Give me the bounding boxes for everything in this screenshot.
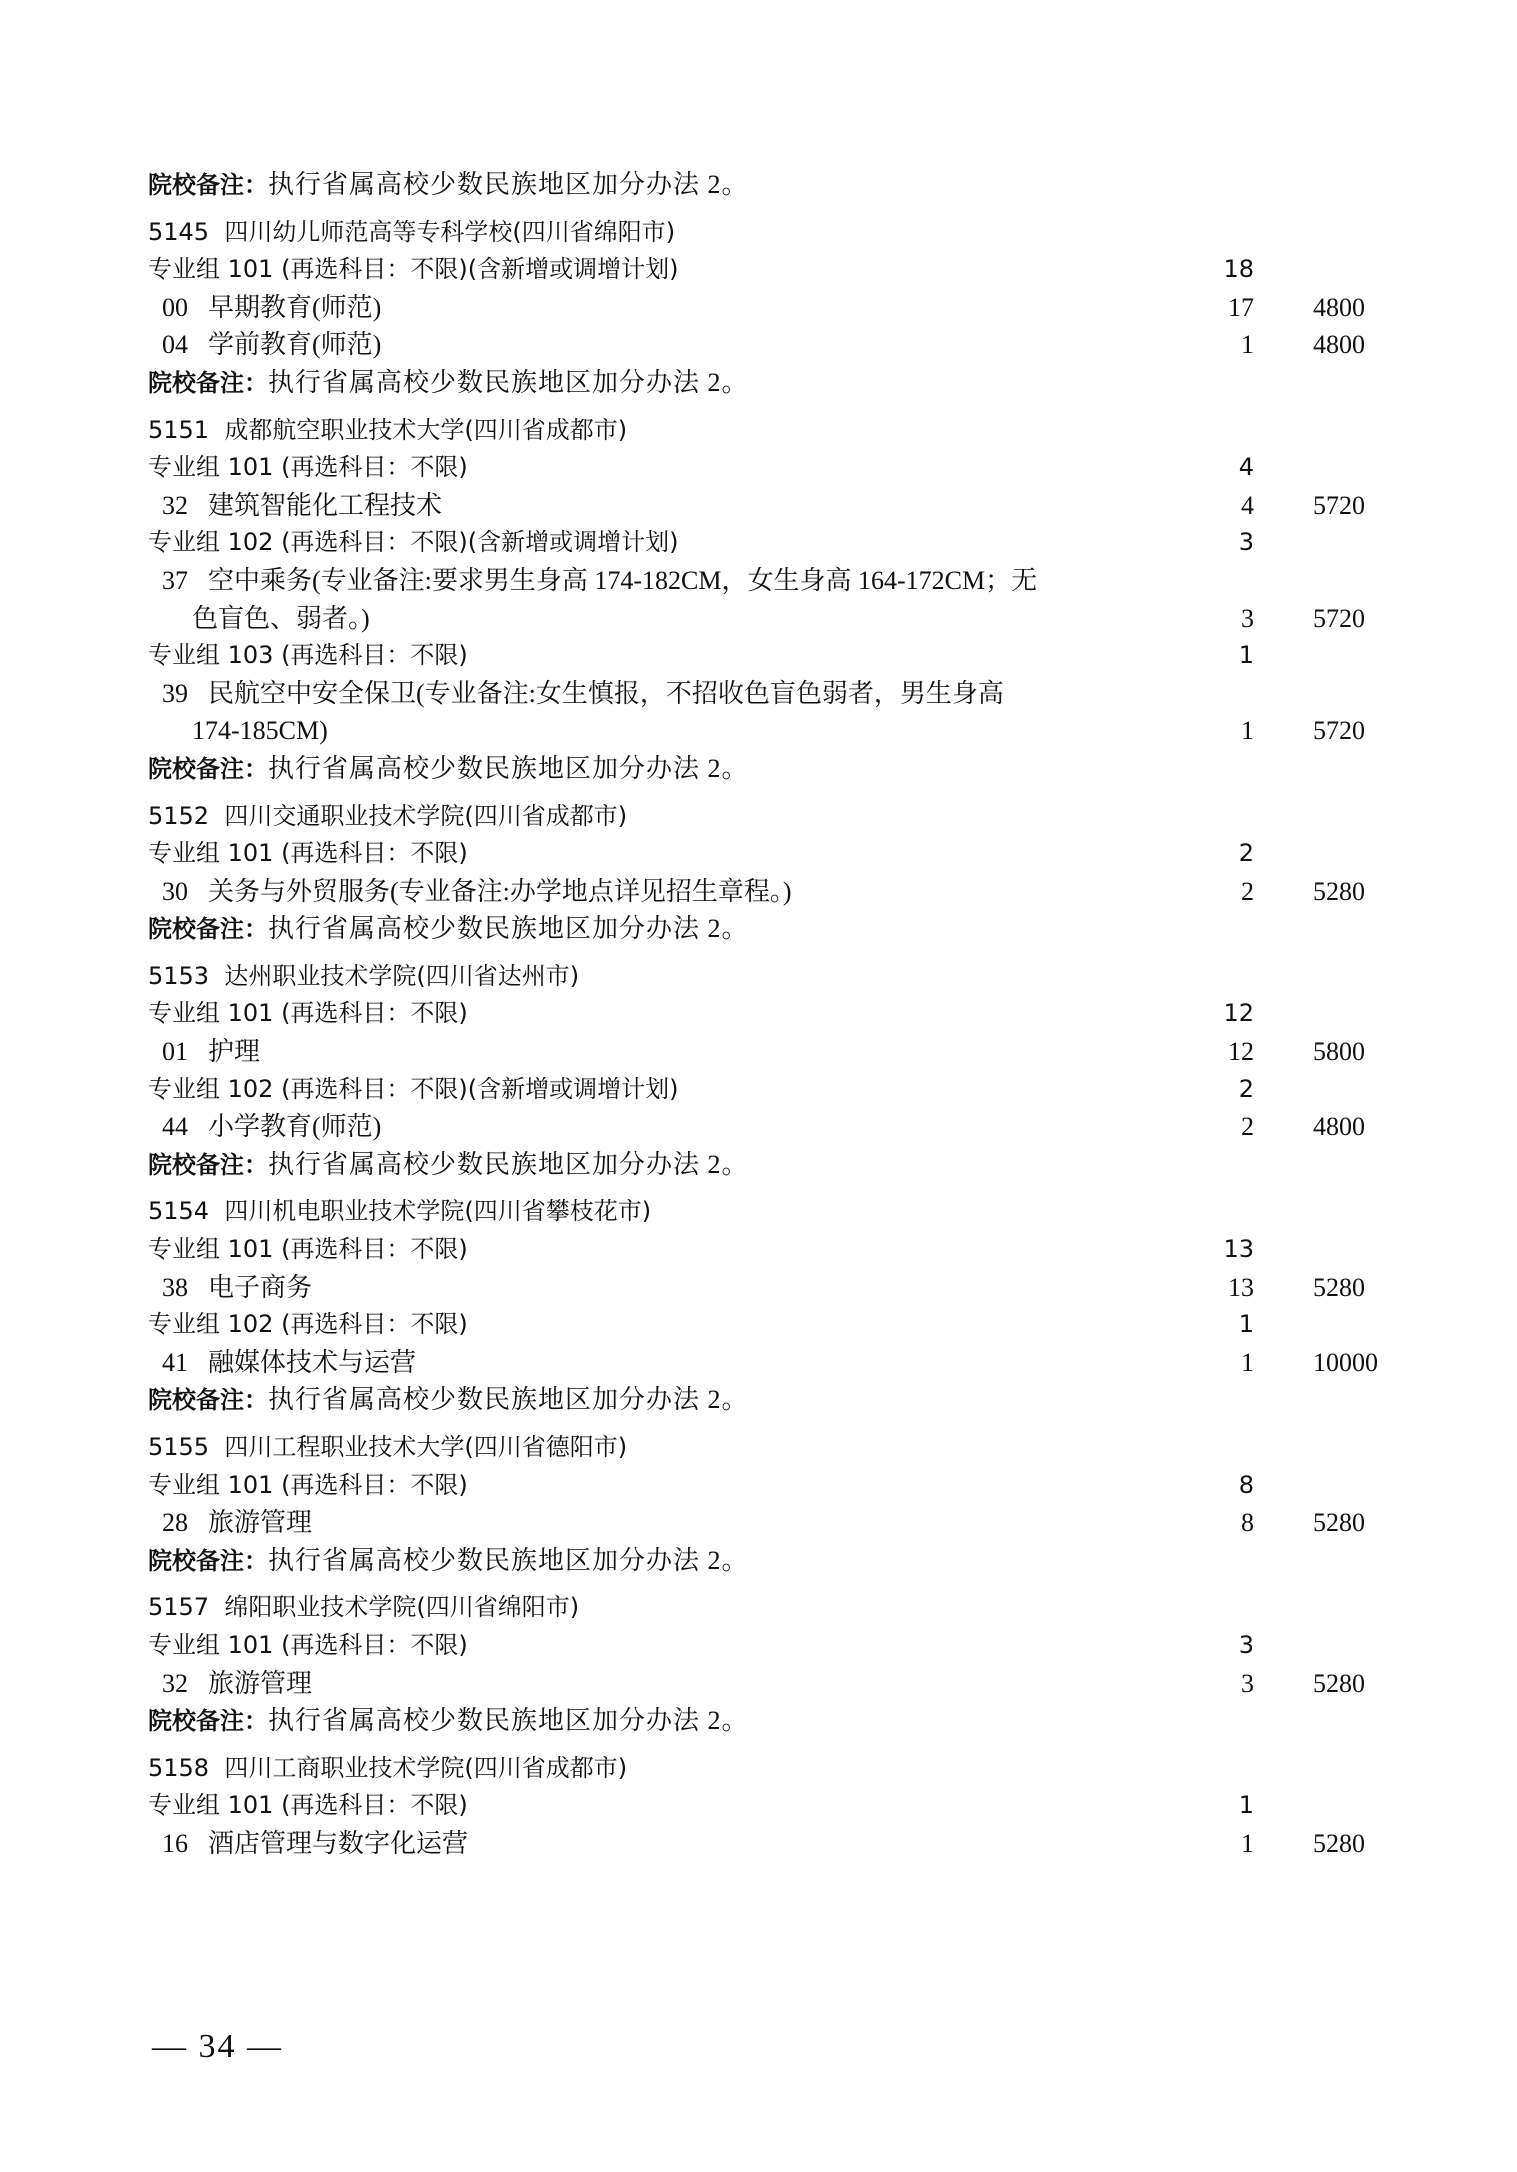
major-group-row: 专业组 102 (再选科目：不限) 1 (148, 1306, 1388, 1344)
major-count: 1 (1188, 712, 1254, 750)
group-count: 8 (1188, 1467, 1254, 1505)
major-name: 学前教育(师范) (208, 330, 381, 359)
note-text: 执行省属高校少数民族地区加分办法 2。 (268, 1546, 749, 1575)
major-fee: 4800 (1313, 326, 1365, 364)
note-text: 执行省属高校少数民族地区加分办法 2。 (268, 368, 749, 397)
major-row-continuation: 色盲色、弱者。) 3 5720 (148, 600, 1388, 638)
major-group-row: 专业组 101 (再选科目：不限) 2 (148, 835, 1388, 873)
major-code: 00 (148, 289, 208, 327)
college-note: 院校备注：执行省属高校少数民族地区加分办法 2。 (148, 1542, 1388, 1580)
major-name: 空中乘务(专业备注:要求男生身高 174-182CM，女生身高 164-172C… (208, 566, 1037, 595)
major-name: 电子商务 (208, 1273, 312, 1302)
college-header: 5158 四川工商职业技术学院(四川省成都市) (148, 1750, 1388, 1788)
college-header: 5145 四川幼儿师范高等专科学校(四川省绵阳市) (148, 214, 1388, 252)
major-row: 00早期教育(师范) 17 4800 (148, 289, 1388, 327)
major-group-row: 专业组 102 (再选科目：不限)(含新增或调增计划) 3 (148, 524, 1388, 562)
major-group-row: 专业组 101 (再选科目：不限)(含新增或调增计划) 18 (148, 251, 1388, 289)
major-row: 04学前教育(师范) 1 4800 (148, 326, 1388, 364)
note-label: 院校备注： (148, 171, 268, 199)
document-page: 院校备注：执行省属高校少数民族地区加分办法 2。 5145 四川幼儿师范高等专科… (0, 0, 1517, 2172)
major-name: 建筑智能化工程技术 (208, 491, 442, 520)
college-name: 四川交通职业技术学院(四川省成都市) (224, 802, 627, 830)
major-fee: 5280 (1313, 873, 1365, 911)
group-label: 专业组 101 (再选科目：不限) (148, 839, 468, 867)
college-name: 四川机电职业技术学院(四川省攀枝花市) (224, 1197, 651, 1225)
group-count: 12 (1188, 995, 1254, 1033)
college-note: 院校备注：执行省属高校少数民族地区加分办法 2。 (148, 364, 1388, 402)
major-count: 2 (1188, 1108, 1254, 1146)
note-text: 执行省属高校少数民族地区加分办法 2。 (268, 1385, 749, 1414)
major-code: 04 (148, 326, 208, 364)
college-code: 5154 (148, 1197, 209, 1225)
major-row: 30关务与外贸服务(专业备注:办学地点详见招生章程。) 2 5280 (148, 873, 1388, 911)
major-fee: 5720 (1313, 600, 1365, 638)
college-header: 5151 成都航空职业技术大学(四川省成都市) (148, 412, 1388, 450)
major-count: 3 (1188, 1665, 1254, 1703)
major-group-row: 专业组 101 (再选科目：不限) 8 (148, 1467, 1388, 1505)
major-name: 关务与外贸服务(专业备注:办学地点详见招生章程。) (208, 877, 792, 906)
major-count: 1 (1188, 1344, 1254, 1382)
note-label: 院校备注： (148, 1151, 268, 1179)
major-group-row: 专业组 101 (再选科目：不限) 13 (148, 1231, 1388, 1269)
group-label: 专业组 101 (再选科目：不限)(含新增或调增计划) (148, 255, 679, 283)
major-code: 44 (148, 1108, 208, 1146)
major-row: 38电子商务 13 5280 (148, 1269, 1388, 1307)
major-code: 37 (148, 562, 208, 600)
group-count: 2 (1188, 1071, 1254, 1109)
major-fee: 4800 (1313, 289, 1365, 327)
college-note: 院校备注：执行省属高校少数民族地区加分办法 2。 (148, 166, 1388, 204)
major-count: 12 (1188, 1033, 1254, 1071)
major-row: 32旅游管理 3 5280 (148, 1665, 1388, 1703)
college-code: 5155 (148, 1433, 209, 1461)
major-fee: 5800 (1313, 1033, 1365, 1071)
college-header: 5155 四川工程职业技术大学(四川省德阳市) (148, 1429, 1388, 1467)
group-count: 4 (1188, 449, 1254, 487)
college-name: 四川幼儿师范高等专科学校(四川省绵阳市) (224, 218, 675, 246)
page-number: — 34 — (152, 2028, 283, 2066)
major-name: 旅游管理 (208, 1669, 312, 1698)
group-label: 专业组 102 (再选科目：不限) (148, 1310, 468, 1338)
note-text: 执行省属高校少数民族地区加分办法 2。 (268, 1150, 749, 1179)
group-count: 2 (1188, 835, 1254, 873)
major-count: 8 (1188, 1504, 1254, 1542)
group-label: 专业组 101 (再选科目：不限) (148, 1235, 468, 1263)
note-text: 执行省属高校少数民族地区加分办法 2。 (268, 1706, 749, 1735)
major-fee: 10000 (1313, 1344, 1378, 1382)
major-group-row: 专业组 101 (再选科目：不限) 12 (148, 995, 1388, 1033)
major-name: 民航空中安全保卫(专业备注:女生慎报，不招收色盲色弱者，男生身高 (208, 679, 1004, 708)
major-group-row: 专业组 103 (再选科目：不限) 1 (148, 637, 1388, 675)
note-text: 执行省属高校少数民族地区加分办法 2。 (268, 914, 749, 943)
major-fee: 5280 (1313, 1665, 1365, 1703)
college-header: 5153 达州职业技术学院(四川省达州市) (148, 958, 1388, 996)
major-name: 护理 (208, 1037, 260, 1066)
group-count: 1 (1188, 1306, 1254, 1344)
college-note: 院校备注：执行省属高校少数民族地区加分办法 2。 (148, 750, 1388, 788)
group-label: 专业组 101 (再选科目：不限) (148, 1791, 468, 1819)
major-name: 小学教育(师范) (208, 1112, 381, 1141)
major-name-continued: 174-185CM) (148, 716, 328, 745)
major-row: 32建筑智能化工程技术 4 5720 (148, 487, 1388, 525)
major-row-continuation: 174-185CM) 1 5720 (148, 712, 1388, 750)
college-code: 5152 (148, 802, 209, 830)
group-label: 专业组 101 (再选科目：不限) (148, 1471, 468, 1499)
major-fee: 5720 (1313, 487, 1365, 525)
college-name: 绵阳职业技术学院(四川省绵阳市) (224, 1593, 579, 1621)
major-fee: 5280 (1313, 1269, 1365, 1307)
major-row: 16酒店管理与数字化运营 1 5280 (148, 1825, 1388, 1863)
major-count: 17 (1188, 289, 1254, 327)
group-label: 专业组 101 (再选科目：不限) (148, 453, 468, 481)
note-label: 院校备注： (148, 1547, 268, 1575)
major-count: 1 (1188, 1825, 1254, 1863)
major-row: 39民航空中安全保卫(专业备注:女生慎报，不招收色盲色弱者，男生身高 (148, 675, 1388, 713)
group-label: 专业组 101 (再选科目：不限) (148, 999, 468, 1027)
group-count: 1 (1188, 1787, 1254, 1825)
major-group-row: 专业组 101 (再选科目：不限) 1 (148, 1787, 1388, 1825)
college-header: 5152 四川交通职业技术学院(四川省成都市) (148, 798, 1388, 836)
note-text: 执行省属高校少数民族地区加分办法 2。 (268, 170, 749, 199)
major-row: 37空中乘务(专业备注:要求男生身高 174-182CM，女生身高 164-17… (148, 562, 1388, 600)
major-fee: 4800 (1313, 1108, 1365, 1146)
group-label: 专业组 103 (再选科目：不限) (148, 641, 468, 669)
major-code: 39 (148, 675, 208, 713)
group-count: 3 (1188, 524, 1254, 562)
group-count: 18 (1188, 251, 1254, 289)
major-group-row: 专业组 101 (再选科目：不限) 4 (148, 449, 1388, 487)
college-name: 成都航空职业技术大学(四川省成都市) (224, 416, 627, 444)
group-count: 3 (1188, 1627, 1254, 1665)
college-name: 四川工商职业技术学院(四川省成都市) (224, 1754, 627, 1782)
major-code: 16 (148, 1825, 208, 1863)
major-code: 32 (148, 487, 208, 525)
note-label: 院校备注： (148, 1707, 268, 1735)
group-label: 专业组 102 (再选科目：不限)(含新增或调增计划) (148, 528, 679, 556)
major-code: 30 (148, 873, 208, 911)
college-note: 院校备注：执行省属高校少数民族地区加分办法 2。 (148, 1702, 1388, 1740)
major-code: 38 (148, 1269, 208, 1307)
admission-plan-list: 院校备注：执行省属高校少数民族地区加分办法 2。 5145 四川幼儿师范高等专科… (148, 166, 1388, 1863)
college-header: 5154 四川机电职业技术学院(四川省攀枝花市) (148, 1193, 1388, 1231)
major-fee: 5280 (1313, 1825, 1365, 1863)
college-name: 达州职业技术学院(四川省达州市) (224, 962, 579, 990)
note-label: 院校备注： (148, 1386, 268, 1414)
major-code: 28 (148, 1504, 208, 1542)
college-name: 四川工程职业技术大学(四川省德阳市) (224, 1433, 627, 1461)
major-row: 28旅游管理 8 5280 (148, 1504, 1388, 1542)
major-count: 13 (1188, 1269, 1254, 1307)
major-name: 酒店管理与数字化运营 (208, 1829, 468, 1858)
major-name: 旅游管理 (208, 1508, 312, 1537)
major-count: 4 (1188, 487, 1254, 525)
major-group-row: 专业组 102 (再选科目：不限)(含新增或调增计划) 2 (148, 1071, 1388, 1109)
major-count: 2 (1188, 873, 1254, 911)
note-label: 院校备注： (148, 755, 268, 783)
major-code: 01 (148, 1033, 208, 1071)
note-label: 院校备注： (148, 915, 268, 943)
group-label: 专业组 102 (再选科目：不限)(含新增或调增计划) (148, 1075, 679, 1103)
note-text: 执行省属高校少数民族地区加分办法 2。 (268, 754, 749, 783)
college-code: 5158 (148, 1754, 209, 1782)
group-count: 1 (1188, 637, 1254, 675)
major-count: 1 (1188, 326, 1254, 364)
major-fee: 5280 (1313, 1504, 1365, 1542)
major-name-continued: 色盲色、弱者。) (148, 604, 370, 633)
major-group-row: 专业组 101 (再选科目：不限) 3 (148, 1627, 1388, 1665)
college-note: 院校备注：执行省属高校少数民族地区加分办法 2。 (148, 910, 1388, 948)
major-row: 44小学教育(师范) 2 4800 (148, 1108, 1388, 1146)
major-name: 早期教育(师范) (208, 293, 381, 322)
college-code: 5145 (148, 218, 209, 246)
college-code: 5153 (148, 962, 209, 990)
note-label: 院校备注： (148, 369, 268, 397)
college-code: 5151 (148, 416, 209, 444)
major-row: 01护理 12 5800 (148, 1033, 1388, 1071)
major-code: 32 (148, 1665, 208, 1703)
college-header: 5157 绵阳职业技术学院(四川省绵阳市) (148, 1589, 1388, 1627)
major-row: 41融媒体技术与运营 1 10000 (148, 1344, 1388, 1382)
group-label: 专业组 101 (再选科目：不限) (148, 1631, 468, 1659)
major-name: 融媒体技术与运营 (208, 1348, 416, 1377)
major-count: 3 (1188, 600, 1254, 638)
college-code: 5157 (148, 1593, 209, 1621)
major-code: 41 (148, 1344, 208, 1382)
college-note: 院校备注：执行省属高校少数民族地区加分办法 2。 (148, 1381, 1388, 1419)
group-count: 13 (1188, 1231, 1254, 1269)
major-fee: 5720 (1313, 712, 1365, 750)
college-note: 院校备注：执行省属高校少数民族地区加分办法 2。 (148, 1146, 1388, 1184)
